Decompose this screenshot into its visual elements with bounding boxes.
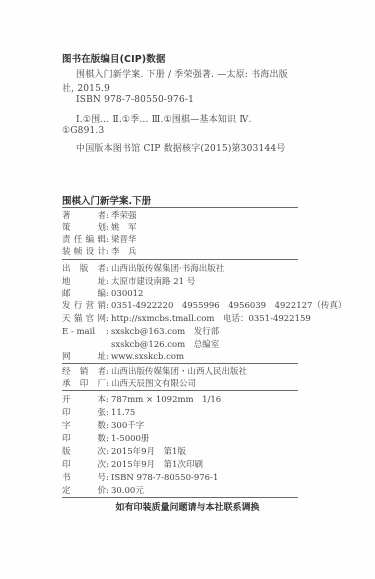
cip-catalog-number: 中国版本图书馆 CIP 数据核字(2015)第303144号	[76, 141, 286, 154]
spec-row-edition: 版 次:2015年9月 第1版	[62, 446, 186, 458]
distributor-label: 经 销 者	[62, 366, 106, 378]
website-label: 网 址	[62, 351, 106, 363]
cip-line: ISBN 978-7-80550-976-1	[76, 95, 194, 105]
spec-value: 30.00元	[111, 485, 144, 497]
spec-row-price: 定 价:30.00元	[62, 485, 144, 497]
spec-label: 开 本	[62, 394, 106, 406]
spec-value: 1-5000册	[111, 433, 149, 445]
postcode-label: 邮 编	[62, 288, 106, 300]
cip-line: ①G891.3	[62, 126, 104, 136]
website-value: www.sxskcb.com	[111, 351, 184, 363]
marketing-value: 0351-4922220 4955996 4956039 4922127（传真）	[111, 300, 346, 312]
marketing-label: 发行营销	[62, 300, 106, 312]
tmall-row: 天猫官网:http://sxmcbs.tmall.com 电话：0351-492…	[62, 313, 311, 325]
spec-label: 印 次	[62, 459, 106, 471]
credit-value: 梁晋华	[111, 234, 137, 246]
spec-value: 2015年9月 第1次印刷	[111, 459, 203, 471]
spec-label: 印 张	[62, 407, 106, 419]
credit-value: 姚 军	[111, 222, 137, 234]
spec-label: 版 次	[62, 446, 106, 458]
divider	[62, 207, 298, 208]
website-row: 网 址:www.sxskcb.com	[62, 351, 184, 363]
publisher-value: 山西出版传媒集团·书海出版社	[111, 263, 224, 275]
email-value: sxskcb@126.com 总编室	[111, 339, 219, 351]
email-row-2: sxskcb@126.com 总编室	[62, 339, 219, 351]
spec-row-isbn: 书 号:ISBN 978-7-80550-976-1	[62, 472, 218, 484]
spec-value: 300千字	[111, 420, 144, 432]
spec-row-printing: 印 次:2015年9月 第1次印刷	[62, 459, 203, 471]
spec-label: 字 数	[62, 420, 106, 432]
tmall-value: http://sxmcbs.tmall.com 电话：0351-4922159	[111, 313, 311, 325]
credit-row-author: 著 者:季荣强	[62, 210, 137, 222]
spec-value: 2015年9月 第1版	[111, 446, 186, 458]
cip-title: 图书在版编目(CIP)数据	[62, 51, 165, 65]
publisher-label: 出 版 者	[62, 263, 106, 275]
email-row: E - mail:sxskcb@163.com 发行部	[62, 326, 219, 338]
spec-value: 787mm × 1092mm 1/16	[111, 394, 221, 406]
cip-line: 围棋入门新学案. 下册 / 季荣强著. —太原: 书海出版	[76, 67, 288, 80]
spec-row-print-run: 印 数:1-5000册	[62, 433, 149, 445]
distributor-row: 经 销 者:山西出版传媒集团・山西人民出版社	[62, 366, 247, 378]
credit-row-planner: 策 划:姚 军	[62, 222, 137, 234]
spec-label: 书 号	[62, 472, 106, 484]
printer-label: 承 印 厂	[62, 378, 106, 390]
distributor-value: 山西出版传媒集团・山西人民出版社	[111, 366, 247, 378]
spec-row-sheets: 印 张:11.75	[62, 407, 135, 419]
spec-row-format: 开 本:787mm × 1092mm 1/16	[62, 394, 221, 406]
address-row: 地 址:太原市建设南路 21 号	[62, 276, 195, 288]
spec-label: 印 数	[62, 433, 106, 445]
postcode-value: 030012	[111, 288, 143, 300]
cip-line: Ⅰ.①围… Ⅱ.①季… Ⅲ.①围棋—基本知识 Ⅳ.	[76, 112, 252, 125]
printer-row: 承 印 厂:山西天辰图文有限公司	[62, 378, 196, 390]
spec-value: 11.75	[111, 407, 135, 419]
spec-label: 定 价	[62, 485, 106, 497]
credit-label: 责任编辑	[62, 234, 106, 246]
credit-row-editor: 责任编辑:梁晋华	[62, 234, 137, 246]
address-label: 地 址	[62, 276, 106, 288]
postcode-row: 邮 编:030012	[62, 288, 143, 300]
divider	[62, 497, 298, 498]
credit-value: 李 兵	[111, 246, 137, 258]
divider	[62, 390, 298, 391]
marketing-row: 发行营销:0351-4922220 4955996 4956039 492212…	[62, 300, 346, 312]
address-value: 太原市建设南路 21 号	[111, 276, 195, 288]
cip-line: 社, 2015.9	[62, 81, 110, 94]
copyright-page: 图书在版编目(CIP)数据 围棋入门新学案. 下册 / 季荣强著. —太原: 书…	[0, 0, 375, 579]
credit-label: 著 者	[62, 210, 106, 222]
spec-value: ISBN 978-7-80550-976-1	[111, 472, 218, 484]
credit-row-designer: 装帧设计:李 兵	[62, 246, 137, 258]
printer-value: 山西天辰图文有限公司	[111, 378, 196, 390]
email-value: sxskcb@163.com 发行部	[111, 326, 219, 338]
credit-value: 季荣强	[111, 210, 137, 222]
spec-row-wordcount: 字 数:300千字	[62, 420, 144, 432]
tmall-label: 天猫官网	[62, 313, 106, 325]
credit-label: 策 划	[62, 222, 106, 234]
quality-notice: 如有印装质量问题请与本社联系调换	[0, 500, 375, 513]
divider	[62, 363, 298, 364]
publisher-row: 出 版 者:山西出版传媒集团·书海出版社	[62, 263, 224, 275]
email-label: E - mail	[62, 326, 106, 338]
credit-label: 装帧设计	[62, 246, 106, 258]
divider	[62, 259, 298, 260]
book-title: 围棋入门新学案.下册	[62, 193, 151, 207]
